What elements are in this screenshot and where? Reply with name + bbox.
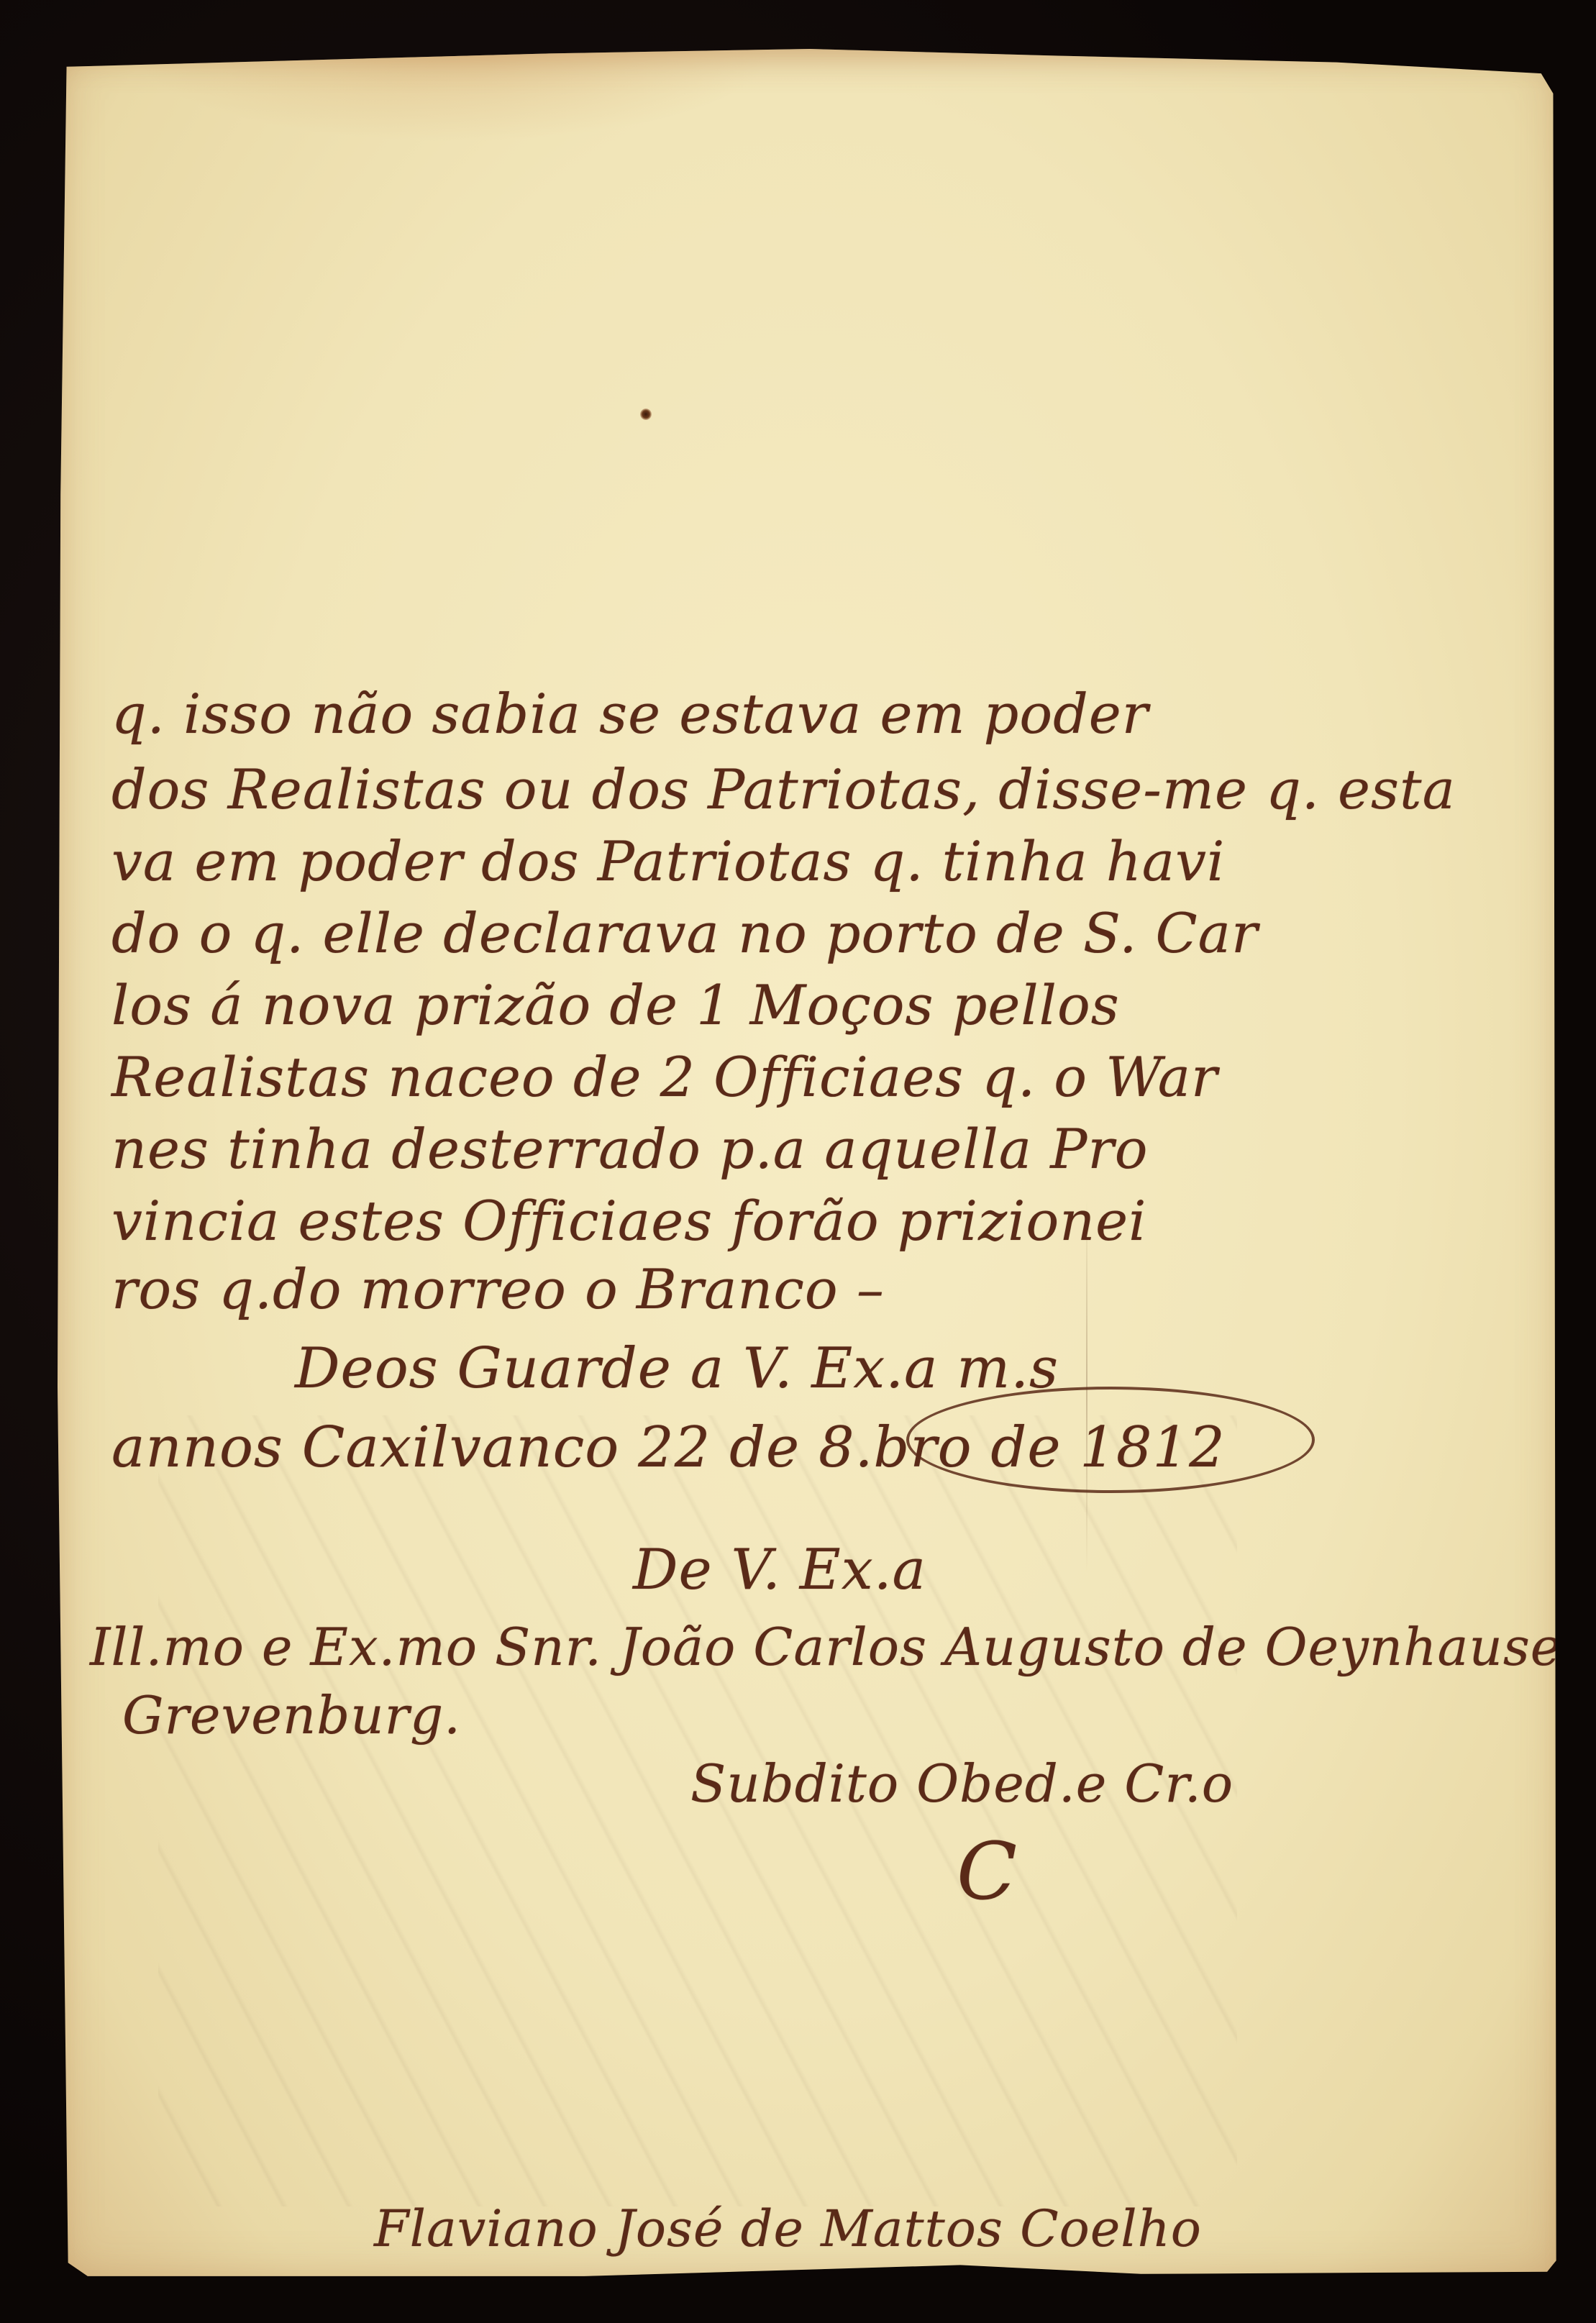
ink-spot [640,409,652,420]
body-line-2: dos Realistas ou dos Patriotas, disse-me… [111,757,1456,821]
addressee-line-1: Ill.mo e Ex.mo Snr. João Carlos Augusto … [90,1617,1596,1677]
date-flourish [906,1387,1315,1493]
addressee-line-2: Grevenburg. [122,1685,461,1745]
valediction: Subdito Obed.e Cr.o [690,1753,1234,1814]
body-line-8: vincia estes Officiaes forão prizionei [111,1189,1146,1253]
body-line-9: ros q.do morreo o Branco – [111,1257,885,1321]
water-stain [129,49,777,142]
body-line-1: q. isso não sabia se estava em poder [111,682,1149,746]
closing-blessing: Deos Guarde a V. Ex.a m.s [295,1336,1059,1401]
body-line-6: Realistas naceo de 2 Officiaes q. o War [111,1045,1218,1109]
closing-de-vossa-excelencia: De V. Ex.a [633,1538,926,1602]
manuscript-page: q. isso não sabia se estava em poder dos… [58,49,1562,2278]
author-signature: Flaviano José de Mattos Coelho [374,2199,1202,2258]
body-line-5: los á nova prizão de 1 Moços pellos [111,973,1120,1037]
body-line-7: nes tinha desterrado p.a aquella Pro [111,1117,1148,1181]
body-line-3: va em poder dos Patriotas q. tinha havi [111,829,1225,893]
valediction-mark: C [957,1825,1018,1917]
body-line-4: do o q. elle declarava no porto de S. Ca… [111,901,1258,965]
